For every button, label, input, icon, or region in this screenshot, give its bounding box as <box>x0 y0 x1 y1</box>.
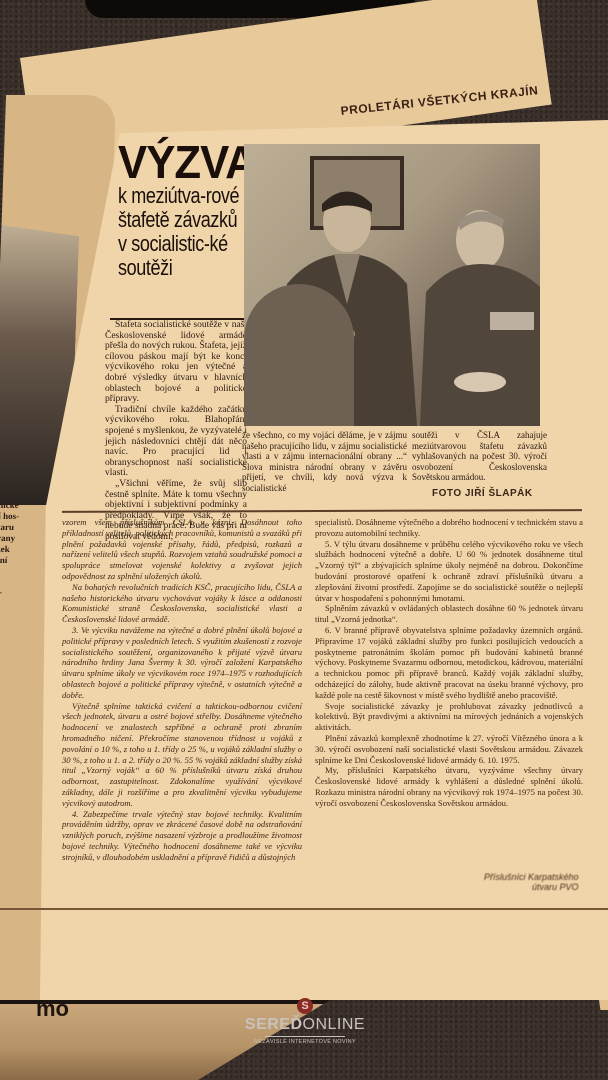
watermark: S SEREĎONLINE NEZÁVISLÉ INTERNETOVÉ NOVI… <box>240 998 370 1045</box>
caption-line: u. <box>0 566 17 577</box>
caption-line: ro- <box>0 587 17 598</box>
body-paragraph: My, příslušníci Karpatského útvaru, vyzý… <box>315 765 583 808</box>
intro-paragraph: Tradiční chvíle každého začátku výcvikov… <box>105 405 247 479</box>
body-column-right: specialistů. Dosáhneme výtečného a dobré… <box>315 517 583 809</box>
watermark-name-light: ONLINE <box>303 1016 366 1033</box>
caption-line: orany <box>0 533 19 544</box>
article-intro: Štafeta socialistické soutěže v naší Čes… <box>105 320 247 542</box>
body-column-left: vzorem všem příslušníkům ČSLA v kázni. D… <box>62 517 302 863</box>
headline-main: VÝZVA <box>118 140 237 184</box>
headline-sub: k meziútva-rové štafetě závazků v social… <box>118 184 241 280</box>
body-paragraph: Na bohatých revolučních tradicích KSČ, p… <box>62 582 302 625</box>
photo-credit: FOTO JIŘÍ ŠLAPÁK <box>432 488 533 499</box>
watermark-name: SEREĎONLINE <box>240 1016 370 1034</box>
photo-caption-right: soutěži v ČSLA zahajuje meziútvarovou št… <box>412 430 547 483</box>
officer-general-figure <box>420 192 540 426</box>
body-paragraph: Plnění závazků komplexně zhodnotíme k 27… <box>315 733 583 765</box>
caption-line: zení <box>0 555 18 566</box>
article-headline: VÝZVA k meziútva-rové štafetě závazků v … <box>118 140 243 280</box>
body-paragraph: 3. Ve výcviku navážeme na výtečné a dobr… <box>62 625 302 701</box>
body-paragraph: 6. V branné přípravě obyvatelstva splním… <box>315 625 583 701</box>
photo-caption-left: že všechno, co my vojáci děláme, je v zá… <box>242 430 407 494</box>
intro-paragraph: Štafeta socialistické soutěže v naší Čes… <box>105 320 247 405</box>
body-paragraph: specialistů. Dosáhneme výtečného a dobré… <box>315 517 583 539</box>
body-paragraph: Svoje socialistické závazky je prohlubov… <box>315 701 583 733</box>
body-paragraph: vzorem všem příslušníkům ČSLA v kázni. D… <box>62 517 302 582</box>
body-paragraph: Splněním závazků v ovládaných oblastech … <box>315 603 583 625</box>
article-signature: Příslušníci Karpatského útvaru PVO <box>484 872 579 892</box>
bottom-divider <box>0 908 608 910</box>
signature-line: Příslušníci Karpatského <box>484 872 579 882</box>
foreground-figure <box>244 284 354 426</box>
body-paragraph: Výtečně splníme taktická cvičení a takti… <box>62 701 302 809</box>
caption-line: anické <box>0 500 20 511</box>
signature-line: útvaru PVO <box>484 882 579 892</box>
caption-line: ní hos- <box>0 511 19 522</box>
body-paragraph: 5. V týlu útvaru dosáhneme v průběhu cel… <box>315 539 583 604</box>
stack-fragment: mo <box>36 996 69 1022</box>
watermark-divider <box>265 1036 345 1037</box>
body-paragraph: 4. Zabezpečíme trvale výtečný stav bojov… <box>62 809 302 863</box>
caption-line: azek <box>0 544 18 555</box>
watermark-name-bold: SEREĎ <box>245 1016 303 1033</box>
caption-line: tvaru <box>0 522 19 533</box>
left-page-caption: anické ní hos- tvaru orany azek zení u. … <box>0 500 20 598</box>
article-photo <box>244 144 540 426</box>
watermark-tagline: NEZÁVISLÉ INTERNETOVÉ NOVINY <box>240 1039 370 1045</box>
watermark-logo-icon: S <box>297 998 313 1014</box>
